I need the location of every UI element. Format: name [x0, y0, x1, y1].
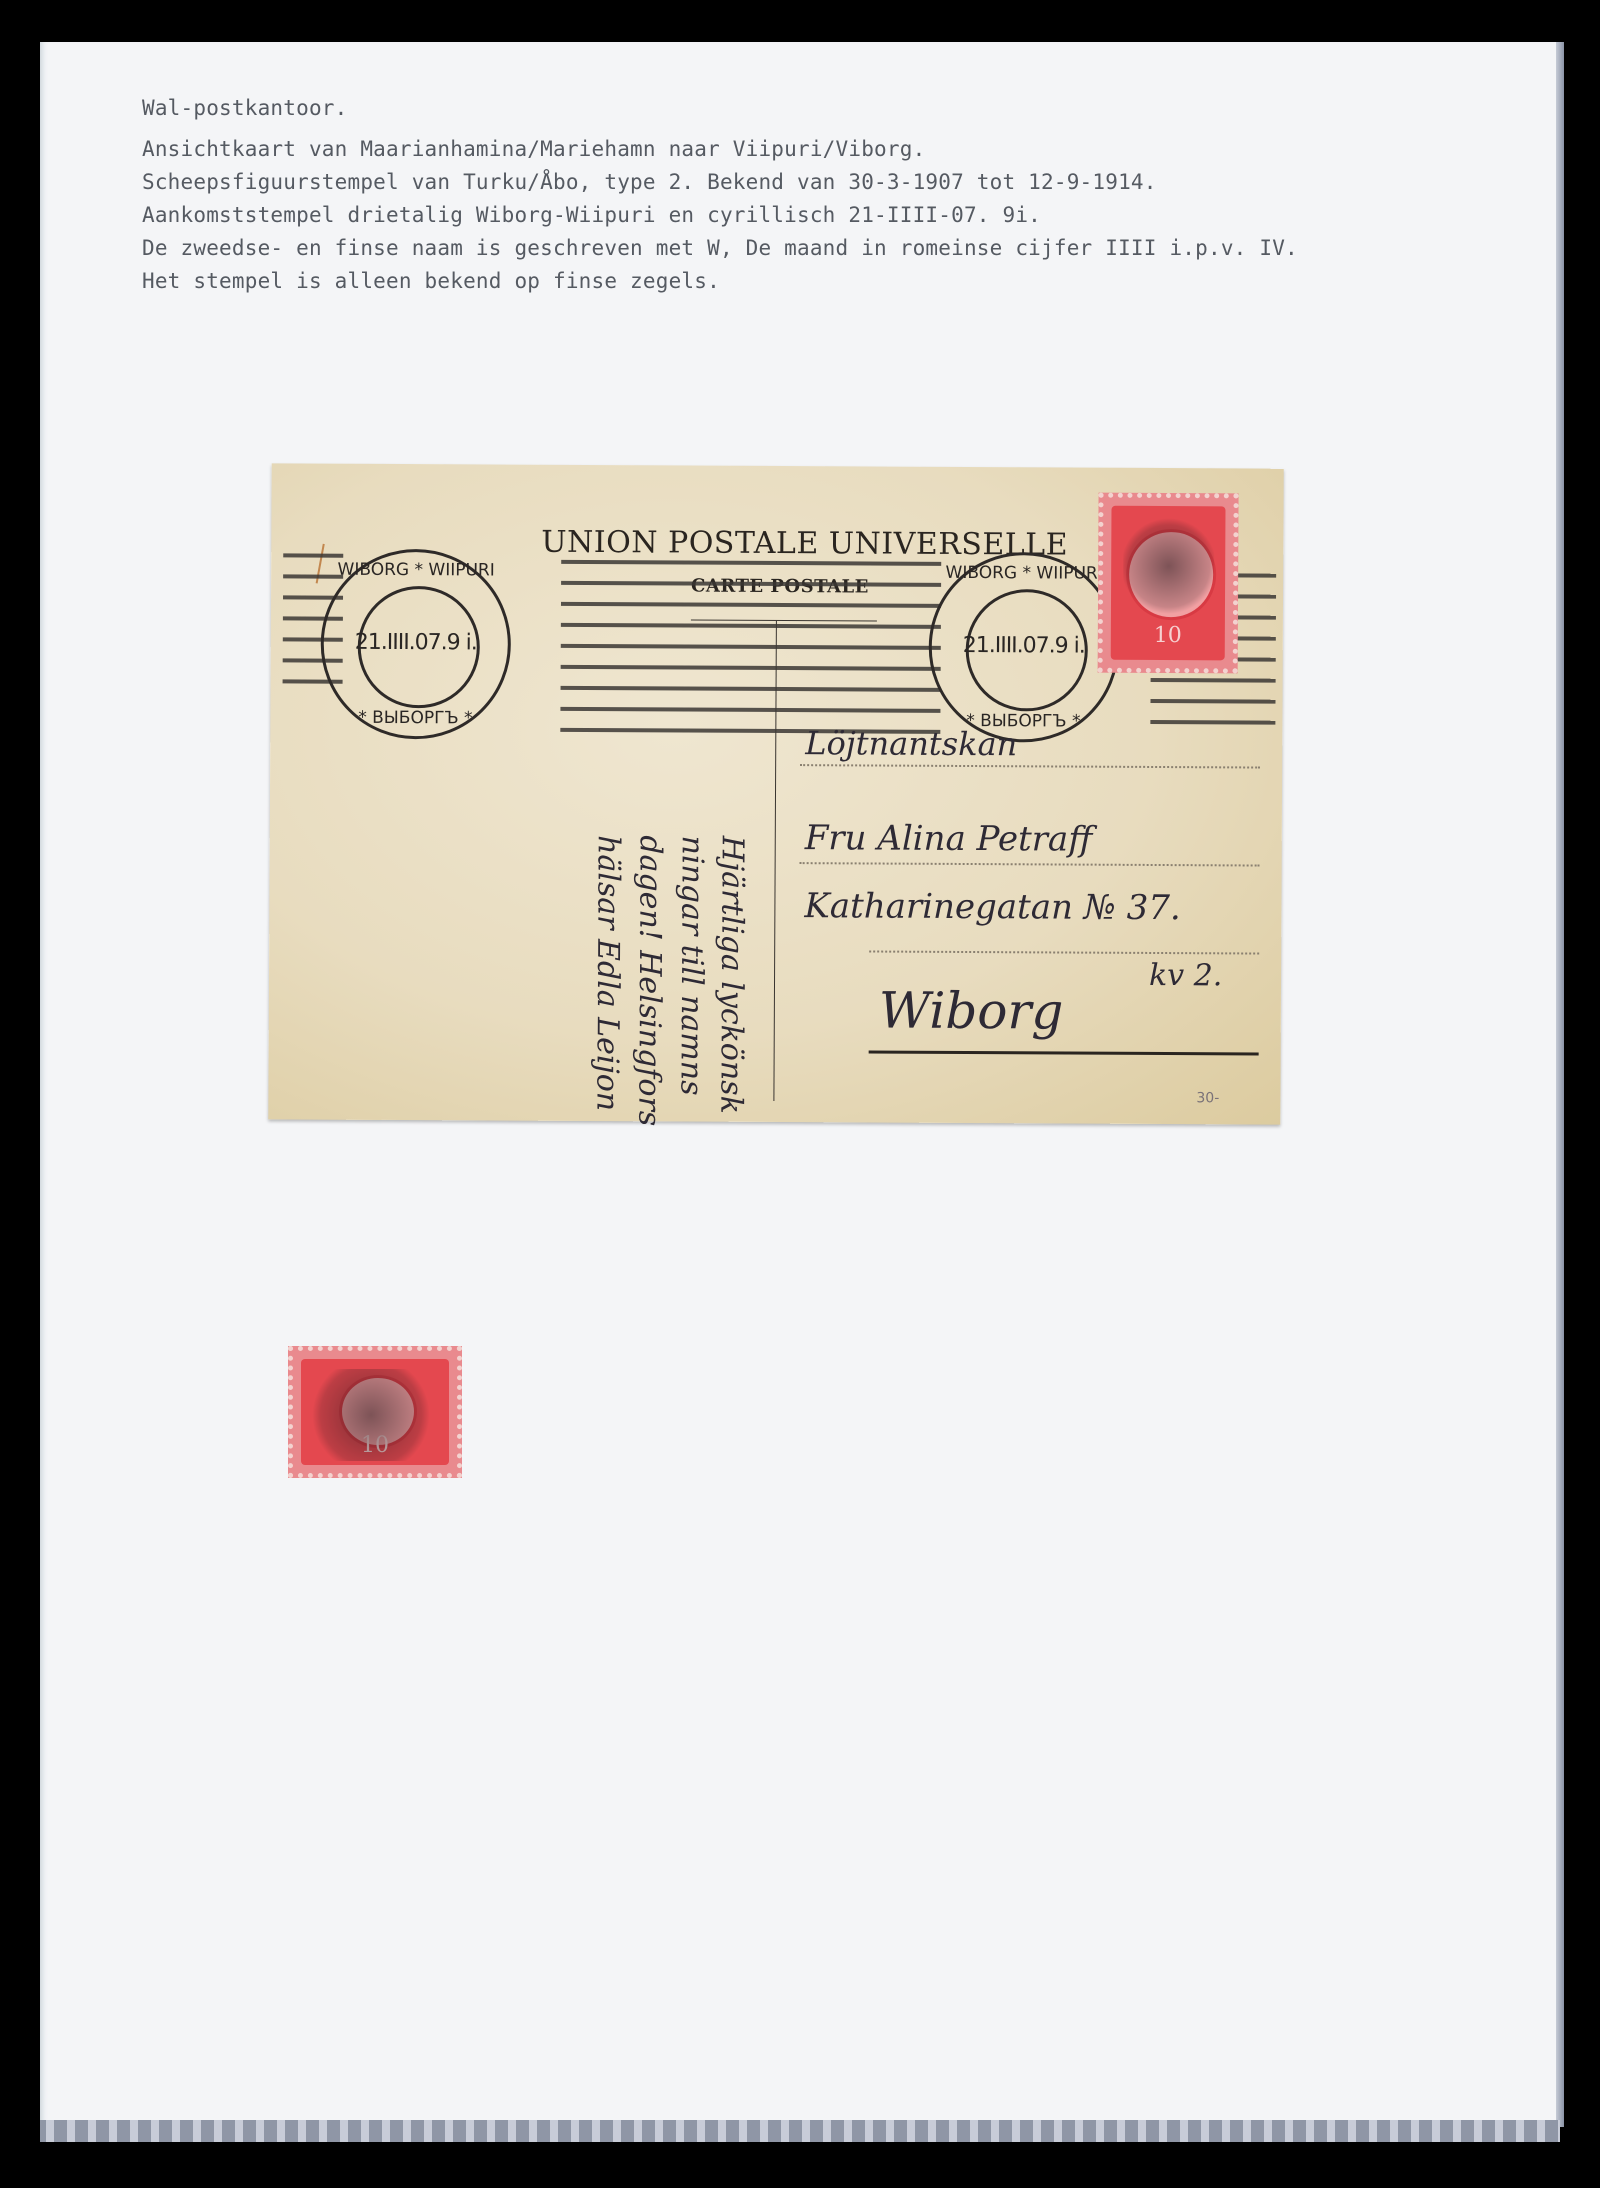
- note-line: Ansichtkaart van Maarianhamina/Mariehamn…: [142, 133, 1298, 166]
- note-title: Wal-postkantoor.: [142, 92, 1298, 125]
- note-line: Het stempel is alleen bekend op finse ze…: [142, 265, 1298, 298]
- postcard-header: UNION POSTALE UNIVERSELLE: [541, 525, 1068, 563]
- address-line: Löjtnantskan: [805, 724, 1017, 763]
- binder-strip: [40, 2120, 1560, 2142]
- postmark-right: WIBORG * WIIPURI 21.IIII.07.9 i. * ВЫБОР…: [928, 552, 1119, 743]
- note-line: Scheepsfiguurstempel van Turku/Åbo, type…: [142, 166, 1298, 199]
- message-line: dagen! Helsingfors: [631, 835, 668, 1126]
- message-line: ningar till namns: [673, 835, 709, 1095]
- address-line: Katharinegatan № 37.: [804, 886, 1181, 928]
- page-edge: [1556, 42, 1564, 2127]
- address-city: Wiborg: [879, 982, 1064, 1041]
- address-line: Fru Alina Petraff: [805, 818, 1093, 860]
- postmark-left: WIBORG * WIIPURI 21.IIII.07.9 i. * ВЫБОР…: [320, 549, 511, 740]
- price-note: 30-: [1196, 1090, 1219, 1106]
- message-line: Hjärtliga lyckönsk: [713, 836, 749, 1114]
- cancel-lines: [560, 560, 941, 751]
- postcard: UNION POSTALE UNIVERSELLE CARTE POSTALE …: [268, 463, 1283, 1124]
- note-line: De zweedse- en finse naam is geschreven …: [142, 232, 1298, 265]
- loose-stamp: 10: [288, 1346, 462, 1478]
- message-line: hälsar Edla Leijon: [589, 835, 625, 1111]
- address-line: kv 2.: [1149, 958, 1222, 993]
- postage-stamp: 10: [1098, 493, 1239, 674]
- note-line: Aankomststempel drietalig Wiborg-Wiipuri…: [142, 199, 1298, 232]
- description-notes: Wal-postkantoor. Ansichtkaart van Maaria…: [142, 92, 1298, 298]
